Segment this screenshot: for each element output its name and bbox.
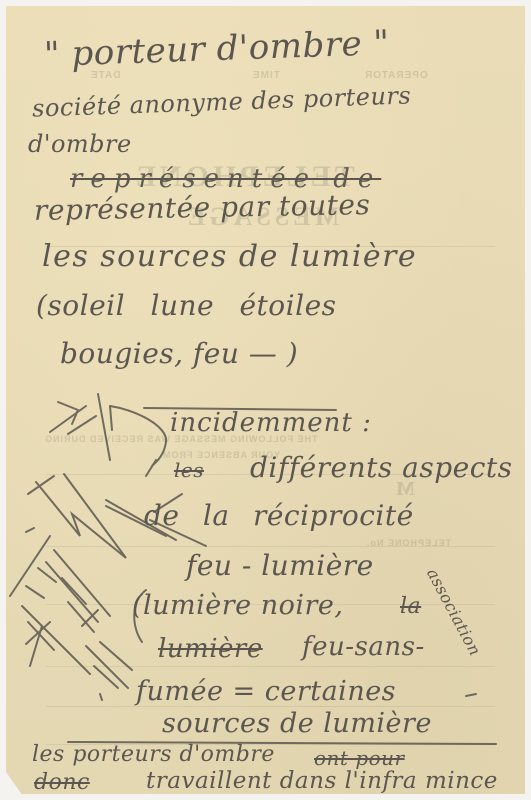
ruled-line xyxy=(46,666,495,667)
note-line: d'ombre xyxy=(28,132,132,156)
note-line: les sources de lumière xyxy=(42,242,417,272)
note-word-struck: ont pour xyxy=(314,748,405,768)
margin-note: association xyxy=(424,566,483,658)
bleed-field-operator: OPERATOR xyxy=(364,70,428,81)
note-word-struck: donc xyxy=(34,772,90,794)
note-line: différents aspects xyxy=(250,454,513,482)
note-line: bougies, feu — ) xyxy=(60,340,298,368)
note-line: fumée = certaines xyxy=(136,678,396,705)
note-line: les porteurs d'ombre xyxy=(32,744,275,766)
note-line: représentée par toutes xyxy=(34,191,371,225)
note-line: de la réciprocité xyxy=(144,502,414,530)
note-line: travaillent dans l'infra mince xyxy=(146,770,498,793)
note-line: (soleil lune étoiles xyxy=(36,292,337,320)
note-line: (lumière noire, xyxy=(132,592,344,619)
note-line: société anonyme des porteurs xyxy=(32,83,412,120)
note-word-struck: la xyxy=(400,596,421,618)
note-word-struck: les xyxy=(174,460,204,480)
bleed-line-d: TELEPHONE No. xyxy=(366,538,451,548)
note-line: feu-sans- xyxy=(302,634,425,660)
note-word-struck: lumière xyxy=(158,636,263,662)
note-line: incidemment : xyxy=(170,410,372,436)
manuscript-paper: DATE TIME OPERATOR TELEPHONE MESSAGE THE… xyxy=(6,6,525,794)
note-line: sources de lumière xyxy=(162,710,432,737)
note-line: feu - lumière xyxy=(186,552,374,580)
bleed-field-time: TIME xyxy=(252,70,280,81)
note-line-title: " porteur d'ombre " xyxy=(44,26,391,72)
document-frame: DATE TIME OPERATOR TELEPHONE MESSAGE THE… xyxy=(0,0,531,800)
